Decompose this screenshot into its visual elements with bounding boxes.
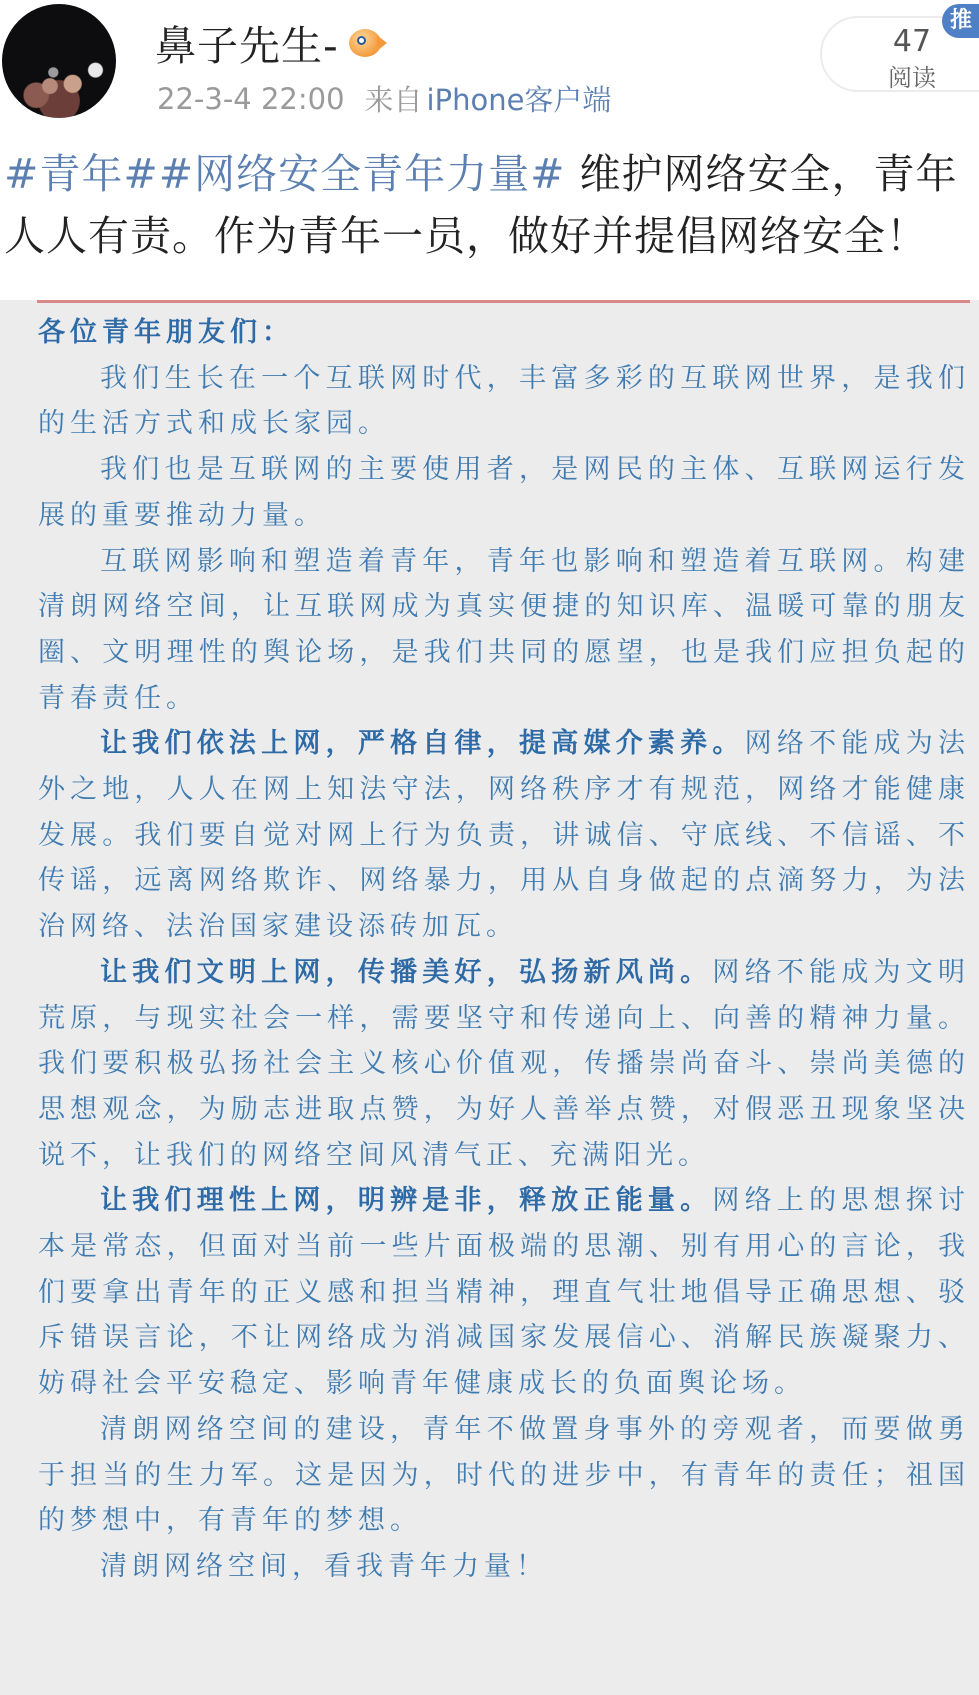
letter-paragraph: 让我们理性上网，明辨是非，释放正能量。网络上的思想探讨本是常态，但面对当前一些片…: [38, 1178, 970, 1407]
post-text: #青年##网络安全青年力量# 维护网络安全，青年人人有责。作为青年一员，做好并提…: [4, 143, 979, 267]
paragraph-lead: 让我们依法上网，严格自律，提高媒介素养。: [100, 728, 745, 759]
letter-paragraph: 清朗网络空间的建设，青年不做置身事外的旁观者，而要做勇于担当的生力军。这是因为，…: [38, 1407, 970, 1544]
letter-image[interactable]: 各位青年朋友们： 我们生长在一个互联网时代，丰富多彩的互联网世界，是我们的生活方…: [0, 300, 979, 1695]
divider-rule: [37, 300, 970, 303]
letter-closing: 清朗网络空间，看我青年力量！: [38, 1544, 970, 1590]
post-meta: 22-3-4 22:00 来自 iPhone客户端: [157, 78, 611, 119]
paragraph-lead: 让我们理性上网，明辨是非，释放正能量。: [100, 1185, 712, 1216]
letter-paragraph: 我们也是互联网的主要使用者，是网民的主体、互联网运行发展的重要推动力量。: [38, 447, 970, 538]
source-client[interactable]: iPhone客户端: [427, 78, 612, 119]
avatar[interactable]: [2, 4, 116, 118]
pufferfish-icon: [347, 25, 389, 59]
paragraph-lead: 让我们文明上网，传播美好，弘扬新风尚。: [100, 957, 712, 988]
recommend-badge: 推: [942, 4, 979, 38]
timestamp: 22-3-4 22:00: [157, 82, 345, 116]
read-label: 阅读: [822, 58, 979, 93]
username-row: 鼻子先生-: [155, 12, 389, 72]
letter-paragraph: 我们生长在一个互联网时代，丰富多彩的互联网世界，是我们的生活方式和成长家园。: [38, 356, 970, 447]
letter-content: 各位青年朋友们： 我们生长在一个互联网时代，丰富多彩的互联网世界，是我们的生活方…: [38, 310, 970, 1590]
letter-paragraph: 互联网影响和塑造着青年，青年也影响和塑造着互联网。构建清朗网络空间，让互联网成为…: [38, 539, 970, 722]
hashtag-link[interactable]: #网络安全青年力量#: [159, 150, 566, 198]
letter-paragraph: 让我们依法上网，严格自律，提高媒介素养。网络不能成为法外之地，人人在网上知法守法…: [38, 721, 970, 950]
letter-salutation: 各位青年朋友们：: [38, 310, 970, 356]
post-header: 鼻子先生- 22-3-4 22:00 来自 iPhone客户端 47 阅读 推: [0, 0, 979, 130]
hashtag-link[interactable]: #青年#: [4, 150, 159, 198]
username[interactable]: 鼻子先生-: [155, 13, 339, 72]
letter-paragraph: 让我们文明上网，传播美好，弘扬新风尚。网络不能成为文明荒原，与现实社会一样，需要…: [38, 950, 970, 1179]
source-prefix: 来自: [365, 78, 423, 119]
